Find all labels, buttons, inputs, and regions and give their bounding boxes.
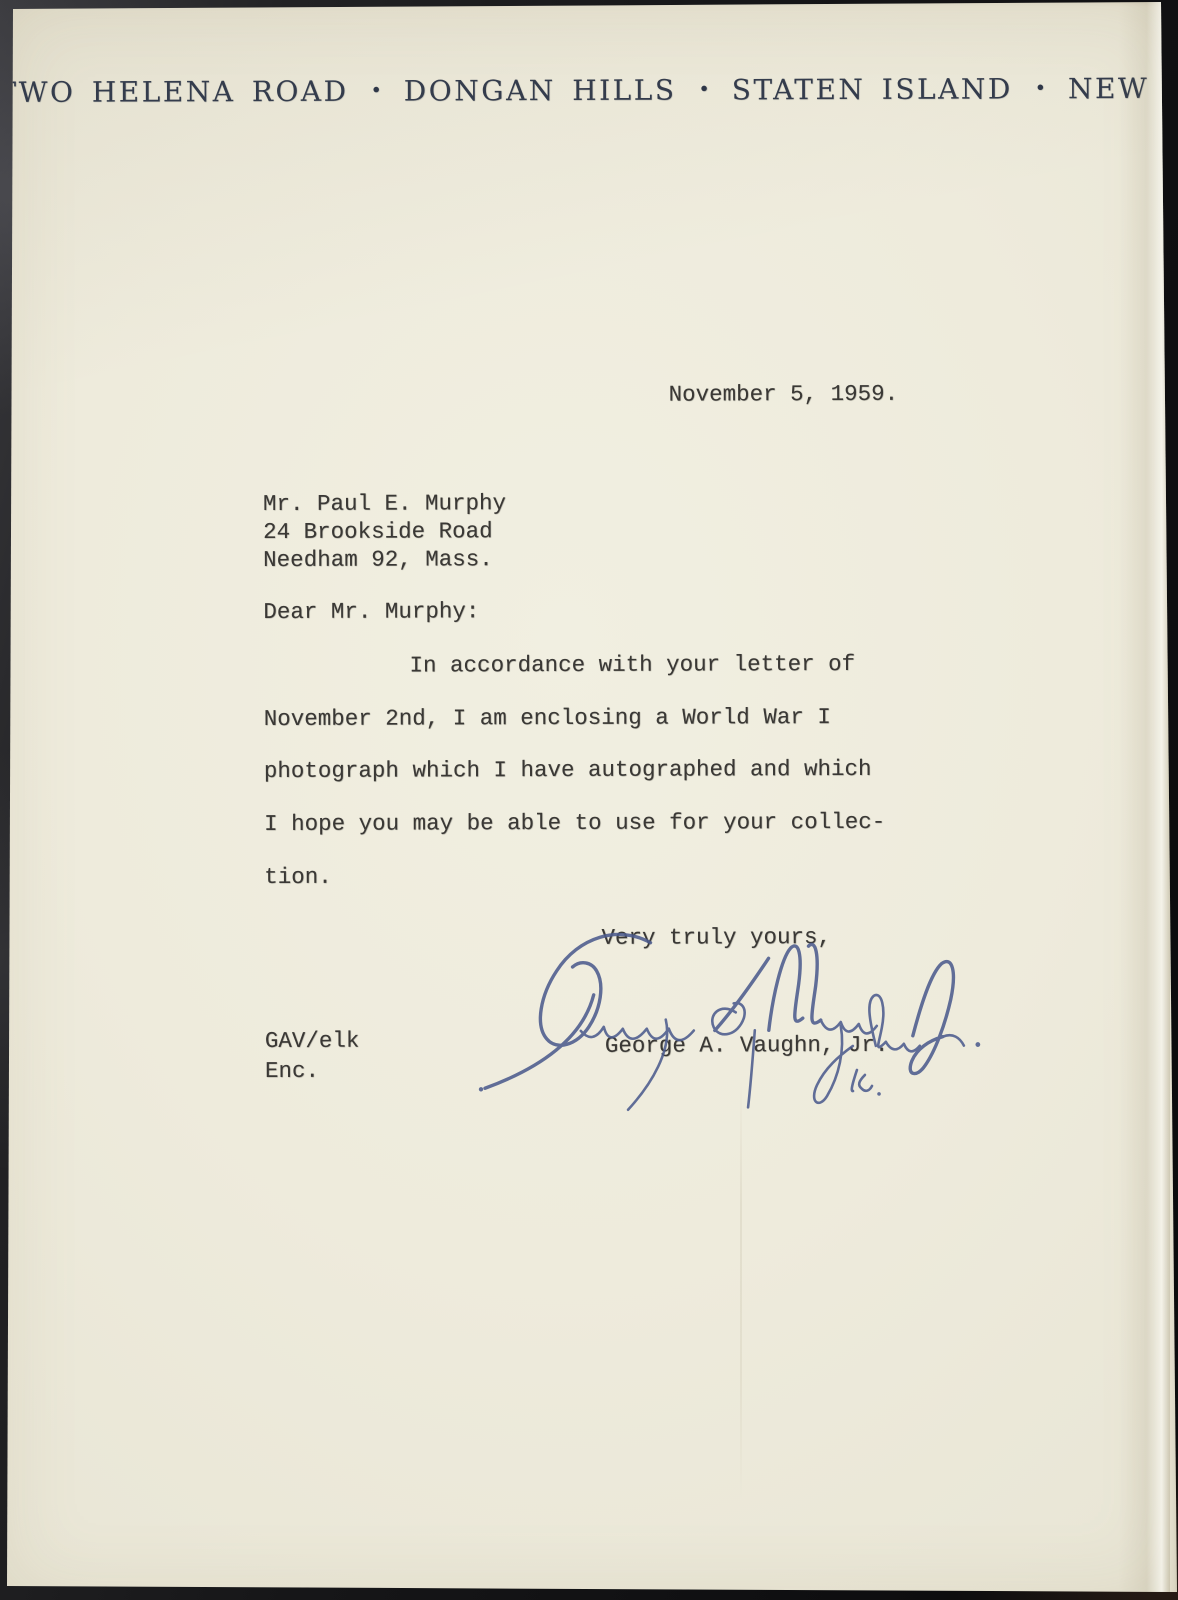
- salutation: Dear Mr. Murphy:: [263, 598, 479, 626]
- recipient-name: Mr. Paul E. Murphy: [263, 490, 506, 518]
- scan-background: TWO HELENA ROAD•DONGAN HILLS•STATEN ISLA…: [0, 0, 1178, 1600]
- letterhead-neighborhood: DONGAN HILLS: [404, 74, 677, 108]
- recipient-street: 24 Brookside Road: [263, 518, 493, 546]
- bullet-separator-icon: •: [1035, 79, 1046, 98]
- bullet-separator-icon: •: [371, 82, 382, 101]
- enclosure-notation: Enc.: [265, 1058, 319, 1086]
- body-line: In accordance with your letter of: [409, 651, 855, 680]
- letterhead-city: NEW YORK: [1068, 72, 1178, 106]
- letter-paper: TWO HELENA ROAD•DONGAN HILLS•STATEN ISLA…: [0, 0, 1178, 1600]
- reference-initials: GAV/elk: [265, 1028, 360, 1056]
- letterhead-street: TWO HELENA ROAD: [0, 75, 349, 109]
- body-line: I hope you may be able to use for your c…: [264, 809, 885, 839]
- recipient-city: Needham 92, Mass.: [263, 546, 493, 574]
- body-line: photograph which I have autographed and …: [264, 756, 872, 786]
- body-line: tion.: [264, 864, 332, 892]
- date-line: November 5, 1959.: [669, 381, 899, 409]
- signature-handwriting: [450, 913, 1011, 1125]
- bullet-separator-icon: •: [698, 80, 709, 99]
- letterhead-borough: STATEN ISLAND: [732, 72, 1013, 106]
- letter-content: TWO HELENA ROAD•DONGAN HILLS•STATEN ISLA…: [0, 0, 1178, 1600]
- body-line: November 2nd, I am enclosing a World War…: [264, 704, 831, 734]
- letterhead: TWO HELENA ROAD•DONGAN HILLS•STATEN ISLA…: [0, 75, 1146, 107]
